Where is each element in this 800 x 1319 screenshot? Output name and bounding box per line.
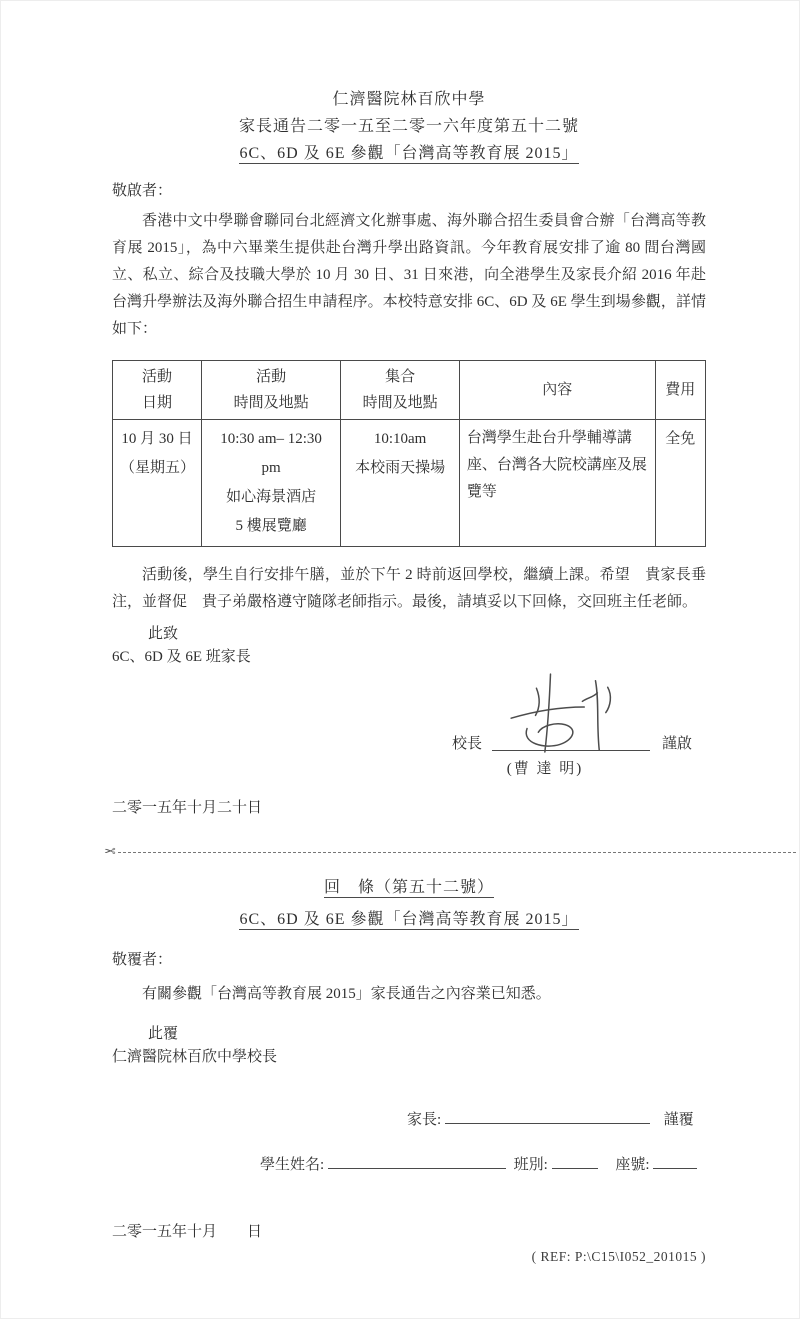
reply-slip-subject: 6C、6D 及 6E 參觀「台灣高等教育展 2015」 bbox=[239, 911, 578, 930]
intro-paragraph: 香港中文中學聯會聯同台北經濟文化辦事處、海外聯合招生委員會合辦「台灣高等教育展 … bbox=[112, 208, 706, 343]
signature-row: 校長 謹啟 bbox=[452, 732, 752, 753]
col-header-event-time-place: 活動 時間及地點 bbox=[201, 361, 340, 420]
col-header-assembly-time-place: 集合 時間及地點 bbox=[341, 361, 460, 420]
seat-number-label: 座號: bbox=[615, 1157, 649, 1173]
cut-line: ✂ bbox=[104, 844, 706, 860]
reply-slip-title-line: 回 條（第五十二號） bbox=[112, 874, 706, 901]
principal-signature-line bbox=[492, 732, 650, 751]
class-label: 班別: bbox=[514, 1157, 548, 1173]
col-header-content: 內容 bbox=[459, 361, 655, 420]
instructions-paragraph: 活動後，學生自行安排午膳，並於下午 2 時前返回學校，繼續上課。希望 貴家長垂注… bbox=[112, 562, 706, 616]
col-header-fee: 費用 bbox=[655, 361, 705, 420]
reply-slip-subject-line: 6C、6D 及 6E 參觀「台灣高等教育展 2015」 bbox=[112, 906, 706, 933]
closing-phrase: 此致 bbox=[148, 622, 706, 643]
notice-subject: 6C、6D 及 6E 參觀「台灣高等教育展 2015」 bbox=[239, 145, 578, 164]
event-details-table: 活動 日期 活動 時間及地點 集合 時間及地點 內容 費用 10 月 30 日 … bbox=[112, 360, 706, 547]
reply-slip-title: 回 條（第五十二號） bbox=[324, 879, 494, 898]
salutation: 敬啟者： bbox=[112, 179, 706, 200]
school-name: 仁濟醫院林百欣中學 bbox=[112, 86, 706, 113]
notice-date: 二零一五年十月二十日 bbox=[112, 796, 706, 817]
reference-code: ( REF: P:\C15\I052_201015 ) bbox=[112, 1249, 706, 1265]
cell-content: 台灣學生赴台升學輔導講座、台灣各大院校講座及展覽等 bbox=[459, 420, 655, 547]
parent-label: 家長: bbox=[407, 1112, 441, 1128]
seat-number-blank bbox=[653, 1153, 697, 1169]
signature-block: 校長 謹啟 (曹 達 明) bbox=[452, 732, 752, 778]
reply-body: 有關參觀「台灣高等教育展 2015」家長通告之內容業已知悉。 bbox=[112, 981, 706, 1008]
parent-signature-blank bbox=[445, 1108, 650, 1124]
respect-label: 謹啟 bbox=[662, 732, 692, 753]
class-blank bbox=[552, 1153, 598, 1169]
scissors-icon: ✂ bbox=[104, 844, 116, 860]
parent-signature-row: 家長: 謹覆 bbox=[407, 1108, 706, 1129]
principal-signature bbox=[498, 668, 648, 760]
student-name-blank bbox=[328, 1153, 506, 1169]
parent-respect-label: 謹覆 bbox=[664, 1112, 694, 1128]
principal-role-label: 校長 bbox=[452, 732, 482, 753]
reply-addressee: 仁濟醫院林百欣中學校長 bbox=[112, 1045, 706, 1066]
reply-salutation: 敬覆者： bbox=[112, 948, 706, 969]
notice-subject-line: 6C、6D 及 6E 參觀「台灣高等教育展 2015」 bbox=[112, 140, 706, 167]
reply-date: 二零一五年十月 日 bbox=[112, 1220, 706, 1241]
reply-closing-phrase: 此覆 bbox=[148, 1022, 706, 1043]
cell-event-date: 10 月 30 日 （星期五） bbox=[113, 420, 202, 547]
cell-event-time-place: 10:30 am– 12:30 pm 如心海景酒店 5 樓展覽廳 bbox=[201, 420, 340, 547]
col-header-event-date: 活動 日期 bbox=[113, 361, 202, 420]
addressee: 6C、6D 及 6E 班家長 bbox=[112, 645, 706, 666]
dashed-cut-rule bbox=[118, 852, 796, 853]
student-info-row: 學生姓名: 班別: 座號: bbox=[260, 1153, 706, 1174]
cell-fee: 全免 bbox=[655, 420, 705, 547]
notice-number-line: 家長通告二零一五至二零一六年度第五十二號 bbox=[112, 113, 706, 140]
principal-name: (曹 達 明) bbox=[466, 757, 624, 778]
cell-assembly-time-place: 10:10am 本校雨天操場 bbox=[341, 420, 460, 547]
scanned-notice-page: 仁濟醫院林百欣中學 家長通告二零一五至二零一六年度第五十二號 6C、6D 及 6… bbox=[0, 0, 800, 1319]
student-name-label: 學生姓名: bbox=[260, 1157, 324, 1173]
table-header-row: 活動 日期 活動 時間及地點 集合 時間及地點 內容 費用 bbox=[113, 361, 706, 420]
table-row: 10 月 30 日 （星期五） 10:30 am– 12:30 pm 如心海景酒… bbox=[113, 420, 706, 547]
